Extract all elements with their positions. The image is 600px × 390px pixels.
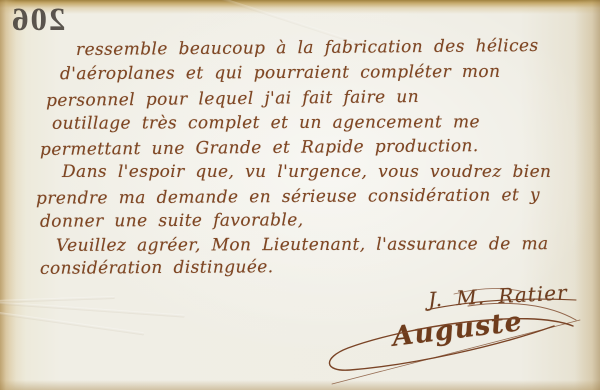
paper-edge-left <box>0 0 16 390</box>
paper-crease <box>0 312 144 336</box>
page-number-stamp: 206 <box>10 2 66 39</box>
letter-scan: 206 ressemble beaucoup à la fabrication … <box>0 0 600 390</box>
letter-line-7: prendre ma demande en sérieuse considéra… <box>36 185 540 209</box>
paper-crease <box>0 296 115 303</box>
paper-edge-top <box>0 0 600 14</box>
letter-line-3: personnel pour lequel j'ai fait faire un <box>46 87 419 111</box>
letter-line-1: ressemble beaucoup à la fabrication des … <box>76 36 539 60</box>
letter-line-4: outillage très complet et un agencement … <box>52 112 480 133</box>
paper-crease <box>0 301 185 317</box>
signature-paraph-swirl <box>318 300 588 388</box>
letter-line-8: donner une suite favorable, <box>40 210 304 231</box>
letter-line-10: considération distinguée. <box>40 257 274 279</box>
letter-line-6: Dans l'espoir que, vu l'urgence, vous vo… <box>62 162 551 182</box>
letter-line-2: d'aéroplanes et qui pourraient compléter… <box>60 62 500 84</box>
letter-line-9: Veuillez agréer, Mon Lieutenant, l'assur… <box>56 234 549 256</box>
letter-line-5: permettant une Grande et Rapide producti… <box>40 136 479 160</box>
